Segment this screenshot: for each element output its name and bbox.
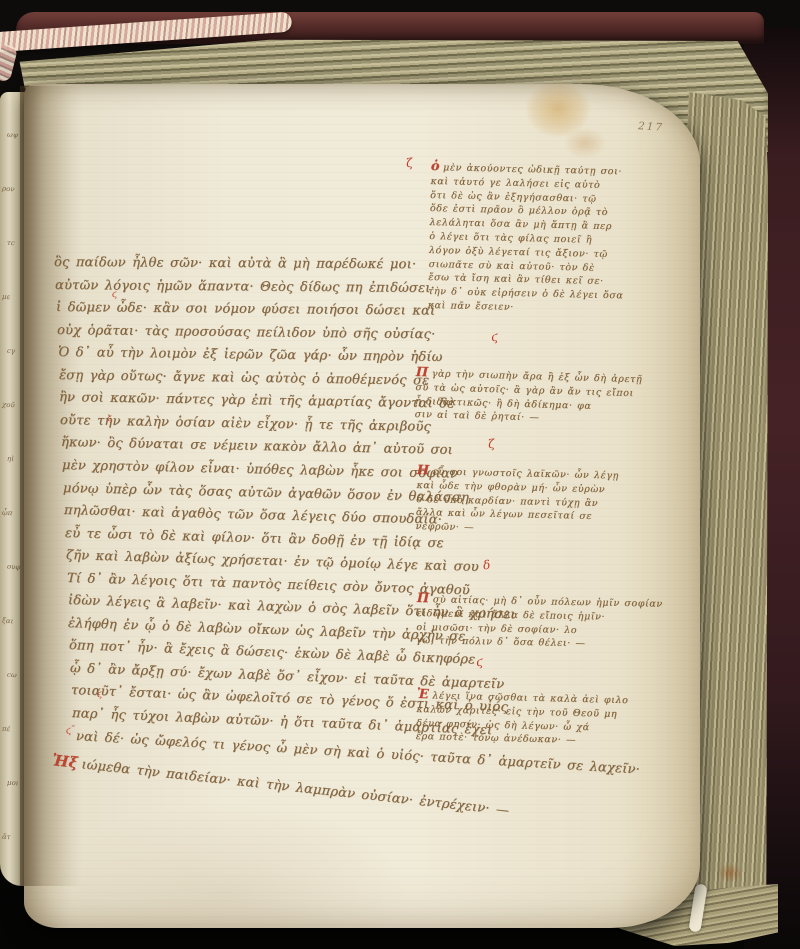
scholion-initial: Ἐ bbox=[417, 687, 430, 702]
manuscript-photo: ωψροντϲμεϲγχοῦηὶᾧπουφξαιϲωπέμοιἅτ 217 ὃς… bbox=[0, 0, 800, 949]
scholion-entry: Πσὺ αἰτίας· μὴ δ᾽ οὖν πόλεων ἡμῖν σοφίαν… bbox=[416, 592, 669, 653]
scholion-siglum: ϛ bbox=[475, 656, 483, 669]
manuscript-line: ἰ δῶμεν ὧδε· κἂν σοι νόμον φύσει ποιήσοι… bbox=[56, 301, 435, 318]
manuscript-line: εὖ τε ὦσι τὸ δὲ καὶ φίλον· ὅτι ἂν δοθῇ ἐ… bbox=[65, 527, 444, 550]
scholion-siglum: ϛ bbox=[490, 331, 498, 344]
manuscript-line: οὐχ ὁρᾶται· τὰς προσούσας πείλιδον ὑπὸ σ… bbox=[57, 324, 436, 341]
manuscript-line: ὃς παίδων ἦλθε σῶν· καὶ αὐτὰ ἃ μὴ παρέδω… bbox=[54, 256, 416, 271]
scholion-siglum: δ bbox=[482, 559, 491, 572]
scholion-siglum: ζ bbox=[487, 438, 495, 451]
scholion-initial: Π bbox=[416, 365, 429, 380]
manuscript-line: πηλῶσθαι· καὶ ἀγαθὸς τῶν ὅσα λέγεις δύο … bbox=[64, 504, 442, 527]
manuscript-line: μὲν χρηστὸν φίλον εἶναι· ὑπόθες λαβὼν ἧκ… bbox=[62, 459, 458, 481]
scholion-entry: Ἐλέγει ἵνα σῶσθαι τὰ καλὰ ἀεὶ φιλοκαλῶν … bbox=[416, 688, 669, 750]
rubric-initial: Ἠξ bbox=[51, 751, 79, 772]
manuscript-line: ἥκων· ὃς δύναται σε νέμειν κακὸν ἄλλο ἀπ… bbox=[61, 436, 453, 457]
scholion-entry: ὁμὲν ἀκούοντες ὠδικῇ ταύτῃ σοι·καὶ τἀυτό… bbox=[428, 160, 683, 318]
manuscript-line: Τί δ᾽ ἂν λέγοις ὅτι τὰ παντὸς πείθεις σὸ… bbox=[66, 572, 469, 597]
scholion-initial: Η bbox=[417, 463, 430, 478]
scholion-entry: Ηεὖ σοι γνωστοῖς λαϊκῶν· ὧν λέγῃκαὶ ὧδε … bbox=[415, 464, 669, 540]
manuscript-line: Ὁ δ᾽ αὖ τὴν λοιμὸν ἐξ ἱερῶν ζῶα γάρ· ὧν … bbox=[58, 346, 443, 364]
scholion-entry: Πγὰρ τὴν σιωπὴν ἄρα ἢ ἐξ ὧν δὴ ἀρετῇσὺ τ… bbox=[414, 366, 667, 429]
scholion-siglum: ζ bbox=[405, 157, 413, 170]
manuscript-line: μόνῳ ὑπὲρ ὧν τὰς ὅσας αὐτῶν ἀγαθῶν ὅσον … bbox=[63, 482, 469, 505]
manuscript-line: ἢν σοὶ κακῶν· πάντες γὰρ ἐπὶ τῆς ἁμαρτία… bbox=[59, 391, 455, 411]
manuscript-line: ἔσῃ γὰρ οὕτως· ἄγνε καὶ ὡς αὐτὸς ὁ ἀποθέ… bbox=[58, 369, 428, 387]
scholion-initial: ὁ bbox=[431, 159, 441, 174]
rubric-reference-mark: ϛ῀ bbox=[65, 726, 76, 737]
manuscript-line: οὔτε τὴν καλὴν ὁσίαν αἰὲν εἶχον· ᾗ τε τῆ… bbox=[60, 414, 431, 434]
scholion-initial: Π bbox=[417, 591, 430, 606]
manuscript-line: ζῆν καὶ λαβὼν ἀξίως χρήσεται· ἐν τῷ ὁμοί… bbox=[66, 549, 479, 574]
text-layer: ὃς παίδων ἦλθε σῶν· καὶ αὐτὰ ἃ μὴ παρέδω… bbox=[0, 0, 800, 949]
